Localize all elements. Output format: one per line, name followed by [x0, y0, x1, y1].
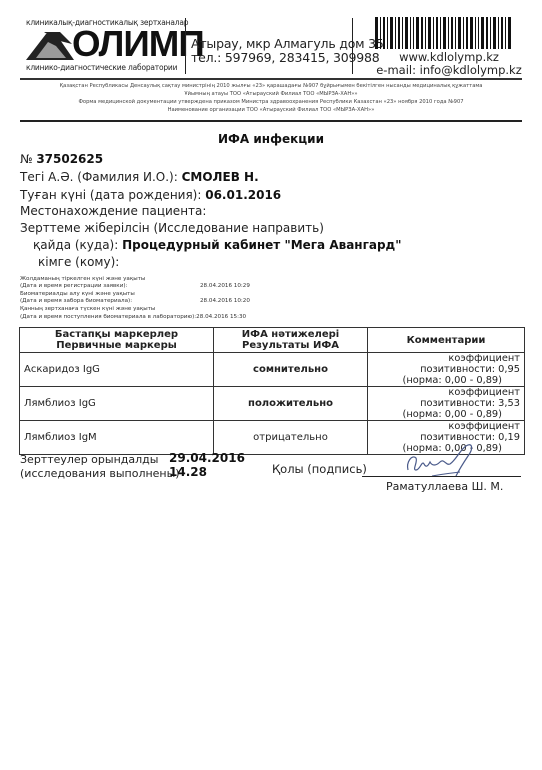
logo-mountain-icon: [26, 28, 74, 62]
patient-name: СМОЛЕВ Н.: [182, 170, 259, 184]
column-header-line: Бастапқы маркерлер: [24, 329, 209, 340]
document-title: ИФА инфекции: [0, 132, 542, 146]
completed-date: 29.04.2016: [169, 451, 245, 465]
header-divider: [185, 18, 186, 74]
header-divider: [352, 18, 353, 74]
dob-line: Туған күні (дата рождения): 06.01.2016: [20, 188, 281, 202]
destination-label: қайда (куда):: [33, 238, 118, 252]
collection-datetime: 28.04.2016 10:20: [200, 298, 250, 304]
dob-value: 06.01.2016: [205, 188, 281, 202]
signature-line: [362, 476, 521, 477]
norm-text: (норма: 0,00 - 0,89): [372, 409, 520, 420]
table-header-row: Бастапқы маркерлер Первичные маркеры ИФА…: [20, 328, 525, 353]
coefficient-text: коэффициент позитивности: 3,53: [372, 387, 520, 409]
logo-bottom-text: клинико-диагностические лаборатории: [26, 63, 177, 72]
order-number-label: №: [20, 152, 32, 166]
column-header-line: Комментарии: [372, 335, 520, 346]
signer-name: Раматуллаева Ш. М.: [386, 480, 503, 493]
recipient-label: кімге (кому):: [38, 255, 119, 269]
destination-value: Процедурный кабинет "Мега Авангард": [122, 238, 401, 252]
destination-line: қайда (куда): Процедурный кабинет "Мега …: [33, 238, 402, 252]
arrival-line: (Дата и время поступления биоматериала в…: [20, 314, 246, 320]
regulatory-rule: [20, 120, 522, 122]
registration-label-ru: (Дата и время регистрации заявки):: [20, 283, 127, 289]
table-row: Аскаридоз IgG сомнительно коэффициент по…: [20, 353, 525, 387]
comment-cell: коэффициент позитивности: 3,53 (норма: 0…: [368, 387, 525, 421]
patient-location-label: Местонахождение пациента:: [20, 204, 206, 218]
comment-cell: коэффициент позитивности: 0,95 (норма: 0…: [368, 353, 525, 387]
patient-name-line: Тегі А.Ә. (Фамилия И.О.): СМОЛЕВ Н.: [20, 170, 259, 184]
header-rule: [20, 78, 522, 80]
completed-label: Зерттеулер орындалды (исследования выпол…: [20, 453, 180, 481]
referral-label: Зерттеме жіберілсін (Исследование направ…: [20, 221, 324, 235]
regulatory-line-1: Қазақстан Республикасы Денсаулық сақтау …: [20, 82, 522, 90]
marker-cell: Лямблиоз IgM: [20, 421, 214, 455]
marker-cell: Лямблиоз IgG: [20, 387, 214, 421]
completed-label-kz: Зерттеулер орындалды: [20, 453, 180, 467]
patient-name-label: Тегі А.Ә. (Фамилия И.О.):: [20, 170, 178, 184]
collection-label-kz: Биоматериалды алу күні және уақыты: [20, 291, 135, 297]
result-cell: положительно: [214, 387, 368, 421]
barcode-icon: [375, 17, 512, 49]
arrival-datetime: 28.04.2016 15:30: [196, 314, 246, 320]
website-link[interactable]: www.kdlolymp.kz: [360, 50, 538, 64]
collection-label-ru: (Дата и время забора биоматериала):: [20, 298, 132, 304]
completed-label-ru: (исследования выполнены): [20, 467, 180, 481]
result-cell: отрицательно: [214, 421, 368, 455]
results-table: Бастапқы маркерлер Первичные маркеры ИФА…: [19, 327, 525, 455]
result-cell: сомнительно: [214, 353, 368, 387]
address: Атырау, мкр Алмагуль дом 35: [191, 36, 384, 51]
marker-cell: Аскаридоз IgG: [20, 353, 214, 387]
column-header-line: Результаты ИФА: [218, 340, 363, 351]
email-link[interactable]: e-mail: info@kdlolymp.kz: [360, 63, 538, 77]
completed-time: 14.28: [169, 465, 245, 479]
order-number: 37502625: [36, 152, 103, 166]
dob-label: Туған күні (дата рождения):: [20, 188, 201, 202]
arrival-label-ru: (Дата и время поступления биоматериала в…: [20, 314, 196, 320]
completed-datetime: 29.04.2016 14.28: [169, 451, 245, 479]
norm-text: (норма: 0,00 - 0,89): [372, 375, 520, 386]
table-row: Лямблиоз IgG положительно коэффициент по…: [20, 387, 525, 421]
coefficient-text: коэффициент позитивности: 0,95: [372, 353, 520, 375]
registration-datetime: 28.04.2016 10:29: [200, 283, 250, 289]
registration-label-kz: Жолдаманың тіркелген күні және уақыты: [20, 276, 145, 282]
column-header-line: Первичные маркеры: [24, 340, 209, 351]
regulatory-line-2: Ұйымның атауы ТОО «Атырауский Филиал ТОО…: [20, 90, 522, 98]
regulatory-line-4: Наименование организации ТОО «Атырауский…: [20, 106, 522, 114]
signature-label: Қолы (подпись): [272, 462, 367, 476]
logo-name: ОЛИМП: [72, 26, 204, 62]
column-header-comments: Комментарии: [368, 328, 525, 353]
regulatory-line-3: Форма медицинской документации утвержден…: [20, 98, 522, 106]
arrival-label-kz: Қанның зертханаға түскен күні және уақыт…: [20, 306, 155, 312]
column-header-markers: Бастапқы маркерлер Первичные маркеры: [20, 328, 214, 353]
column-header-line: ИФА нәтижелері: [218, 329, 363, 340]
column-header-results: ИФА нәтижелері Результаты ИФА: [214, 328, 368, 353]
order-number-line: № 37502625: [20, 152, 103, 166]
